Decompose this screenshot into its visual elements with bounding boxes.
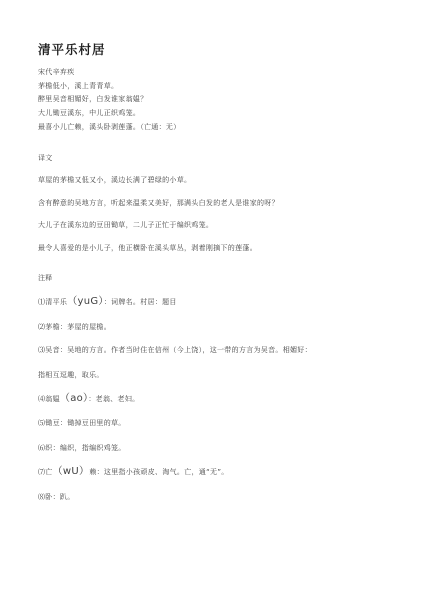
translation-paragraph: 大儿子在溪东边的豆田锄草，二儿子正忙于编织鸡笼。 [38,214,396,237]
note-item: ⑷翁媪（ao）：老翁、老妇。 [38,387,318,411]
note-text: ⑷翁媪 [38,395,60,403]
note-item: ⑻卧：趴。 [38,485,318,509]
poem-author: 宋代辛弃疾 [38,66,396,80]
note-text: 赖：这里指小孩顽皮、淘气。亡，通“无”。 [89,468,228,476]
note-pinyin: （ao） [60,393,88,404]
note-item: ⑵茅檐：茅屋的屋檐。 [38,315,318,339]
note-item: ⑴清平乐（yuG）：词牌名。村居：题目 [38,290,318,314]
poem-block: 宋代辛弃疾 茅檐低小，溪上青青草。 醉里吴音相媚好，白发谁家翁媪？ 大儿锄豆溪东… [38,66,396,135]
note-text: ⑶吴音：吴地的方言。作者当时住在信州（今上饶），这一带的方言为吴音。相媚好：指相… [38,346,312,378]
note-text: ：词牌名。村居：题目 [104,298,177,306]
poem-title: 清平乐村居 [38,43,396,57]
translation-section: 译文 草屋的茅檐又低又小，溪边长满了碧绿的小草。 含有醉意的吴地方言，听起来温柔… [38,147,396,260]
note-text: ⑹织：编织，指编织鸡笼。 [38,444,126,452]
translation-heading: 译文 [38,147,396,170]
note-pinyin: （yuG） [67,296,104,307]
note-text: ⑴清平乐 [38,298,67,306]
note-item: ⑶吴音：吴地的方言。作者当时住在信州（今上饶），这一带的方言为吴音。相媚好：指相… [38,339,318,387]
note-item: ⑺亡（wU）赖：这里指小孩顽皮、淘气。亡，通“无”。 [38,460,318,484]
notes-section: 注释 ⑴清平乐（yuG）：词牌名。村居：题目 ⑵茅檐：茅屋的屋檐。 ⑶吴音：吴地… [38,267,396,509]
translation-paragraph: 最令人喜爱的是小儿子，他正横卧在溪头草丛，剥着刚摘下的莲蓬。 [38,237,396,260]
note-text: ⑻卧：趴。 [38,493,75,501]
poem-line: 醉里吴音相媚好，白发谁家翁媪？ [38,93,396,107]
note-text: ：老翁、老妇。 [88,395,139,403]
notes-heading: 注释 [38,267,396,290]
translation-paragraph: 草屋的茅檐又低又小，溪边长满了碧绿的小草。 [38,169,396,192]
note-pinyin: （wU） [53,466,90,477]
poem-line: 最喜小儿亡赖，溪头卧剥莲蓬。（亡通：无） [38,121,396,135]
poem-document-page: 清平乐村居 宋代辛弃疾 茅檐低小，溪上青青草。 醉里吴音相媚好，白发谁家翁媪？ … [0,0,424,600]
note-text: ⑵茅檐：茅屋的屋檐。 [38,323,111,331]
poem-line: 茅檐低小，溪上青青草。 [38,80,396,94]
note-item: ⑸锄豆：锄掉豆田里的草。 [38,411,318,435]
poem-line: 大儿锄豆溪东，中儿正织鸡笼。 [38,107,396,121]
note-item: ⑹织：编织，指编织鸡笼。 [38,436,318,460]
note-text: ⑸锄豆：锄掉豆田里的草。 [38,419,126,427]
note-text: ⑺亡 [38,468,53,476]
translation-paragraph: 含有醉意的吴地方言，听起来温柔又美好，那满头白发的老人是谁家的呀？ [38,192,396,215]
